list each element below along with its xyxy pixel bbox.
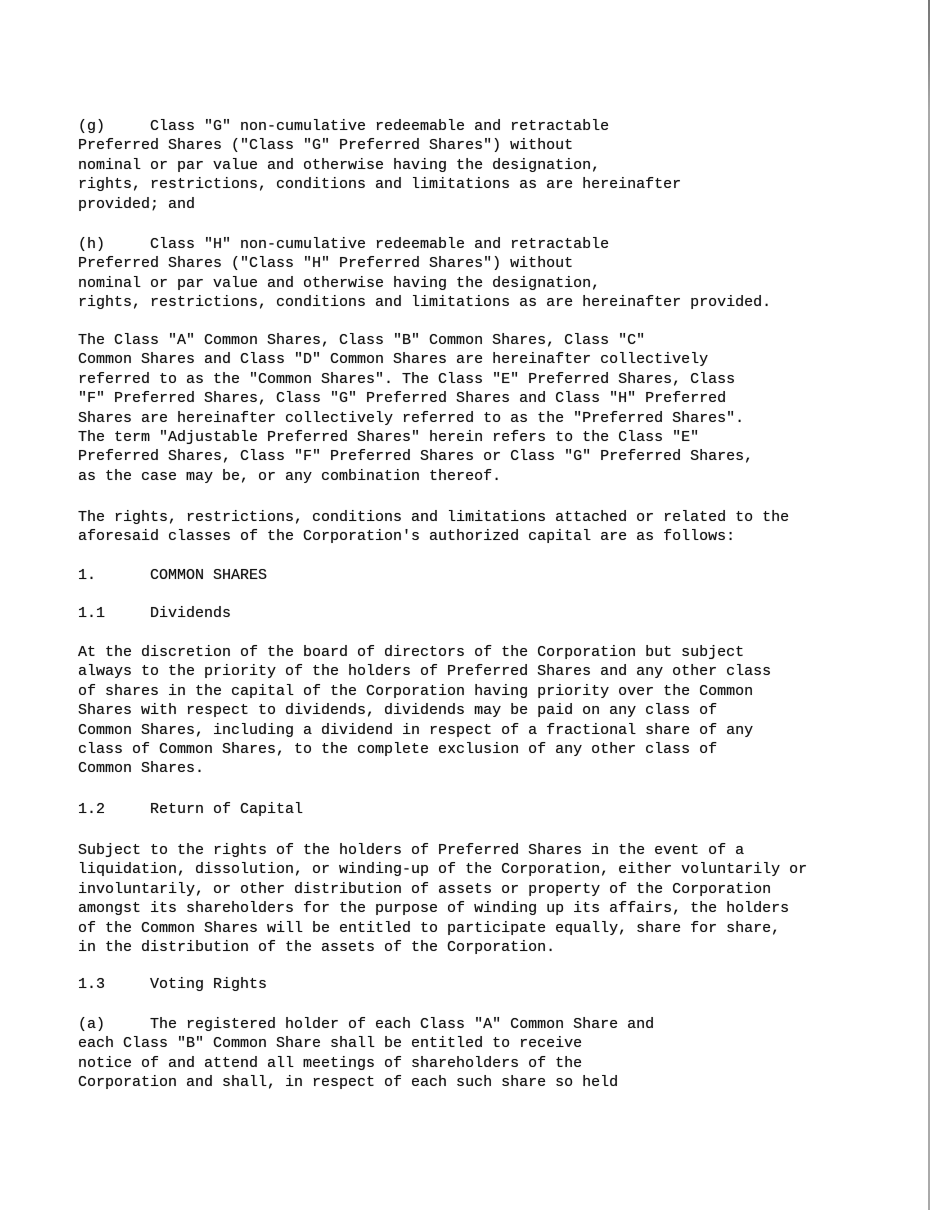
clause-g: (g) Class "G" non-cumulative redeemable …: [78, 117, 681, 214]
clause-a: (a) The registered holder of each Class …: [78, 1015, 654, 1093]
scan-edge-artifact: [928, 0, 930, 1210]
document-page: (g) Class "G" non-cumulative redeemable …: [0, 0, 934, 1210]
clause-h: (h) Class "H" non-cumulative redeemable …: [78, 235, 771, 313]
paragraph-return-of-capital: Subject to the rights of the holders of …: [78, 841, 807, 957]
paragraph-rights-intro: The rights, restrictions, conditions and…: [78, 508, 789, 547]
paragraph-dividends: At the discretion of the board of direct…: [78, 643, 771, 779]
heading-return-of-capital: 1.2 Return of Capital: [78, 800, 303, 819]
heading-voting-rights: 1.3 Voting Rights: [78, 975, 267, 994]
heading-common-shares: 1. COMMON SHARES: [78, 566, 267, 585]
paragraph-share-definitions: The Class "A" Common Shares, Class "B" C…: [78, 331, 753, 486]
heading-dividends: 1.1 Dividends: [78, 604, 231, 623]
